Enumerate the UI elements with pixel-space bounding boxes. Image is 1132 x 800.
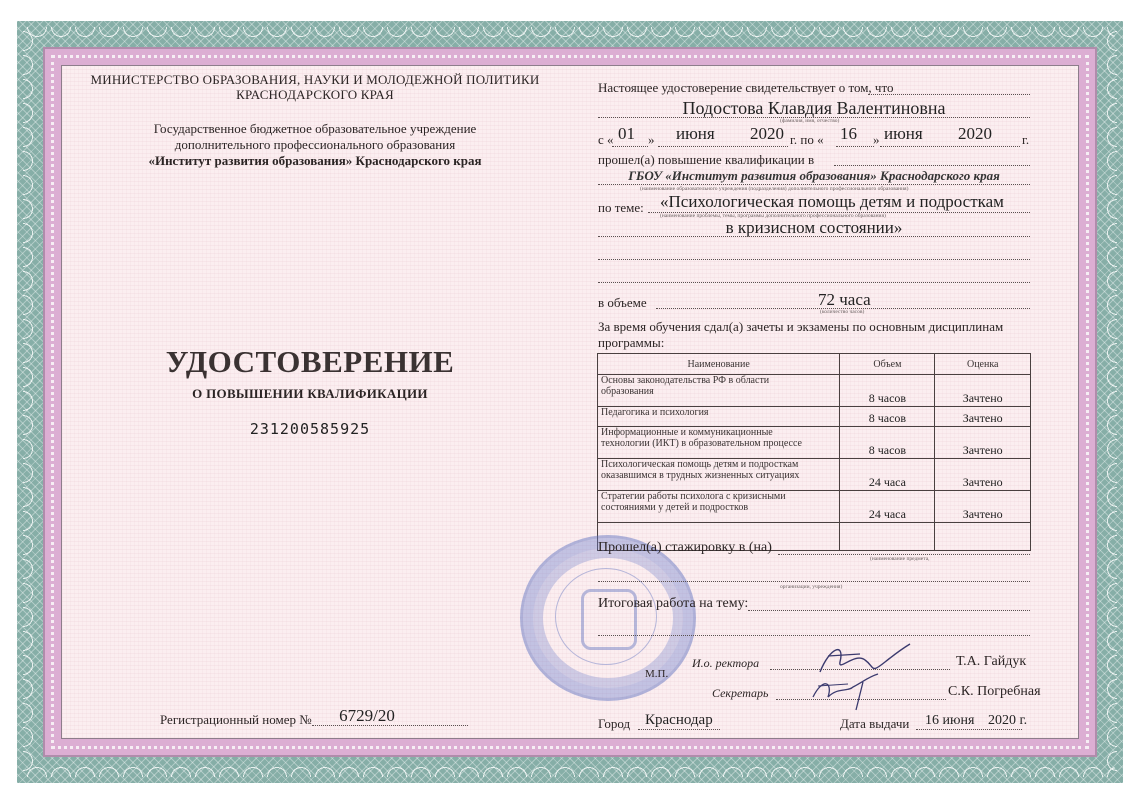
border-scallop-top — [25, 27, 1115, 43]
institution-line-1: Государственное бюджетное образовательно… — [55, 121, 575, 137]
discipline-name-line: Стратегии работы психолога с кризисными — [601, 491, 836, 502]
intro-line — [868, 93, 1030, 95]
ministry-line-1: МИНИСТЕРСТВО ОБРАЗОВАНИЯ, НАУКИ И МОЛОДЕ… — [55, 72, 575, 87]
stamp-inner-ring — [555, 568, 657, 665]
internship-label: Прошел(а) стажировку в (на) — [598, 540, 772, 556]
internship-hint-2: организации, учреждения) — [780, 584, 842, 590]
discipline-grade — [935, 523, 1031, 551]
discipline-name-line: состояниями у детей и подростков — [601, 502, 836, 513]
internship-line-2 — [598, 580, 1030, 582]
volume-label: в объеме — [598, 295, 647, 311]
period-to-day: 16 — [840, 124, 857, 144]
header-volume: Объем — [840, 354, 935, 375]
from-month-line — [658, 145, 788, 147]
period-year-suffix: г. — [1022, 132, 1029, 148]
passed-line — [834, 164, 1030, 166]
period-to-month: июня — [884, 124, 923, 144]
rector-label: И.о. ректора — [692, 656, 759, 671]
discipline-name-line: технологии (ИКТ) в образовательном проце… — [601, 438, 836, 449]
issue-year: 2020 г. — [988, 713, 1027, 729]
final-work-label: Итоговая работа на тему: — [598, 596, 748, 612]
certificate-number: 231200585925 — [140, 420, 480, 438]
discipline-volume — [840, 523, 935, 551]
secretary-signature — [808, 672, 888, 712]
institution-value: ГБОУ «Институт развития образования» Кра… — [598, 168, 1030, 184]
intro-text: Настоящее удостоверение свидетельствует … — [598, 80, 893, 96]
discipline-name-line: Педагогика и психология — [601, 407, 836, 418]
discipline-grade: Зачтено — [935, 407, 1031, 427]
header-grade: Оценка — [935, 354, 1031, 375]
institution-header: Государственное бюджетное образовательно… — [55, 121, 575, 169]
discipline-name: Психологическая помощь детям и подростка… — [598, 459, 840, 491]
exams-text-2: программы: — [598, 335, 664, 351]
registration-label: Регистрационный номер № — [160, 712, 312, 728]
city-label: Город — [598, 716, 630, 732]
discipline-name-line: оказавшимся в трудных жизненных ситуация… — [601, 470, 836, 481]
discipline-volume: 8 часов — [840, 427, 935, 459]
table-row: Информационные и коммуникационныетехноло… — [598, 427, 1031, 459]
volume-hint: (количество часов) — [820, 309, 864, 315]
name-hint: (фамилия, имя, отчество) — [780, 118, 839, 124]
issue-day-month: 16 июня — [925, 713, 974, 729]
table-row: Психологическая помощь детям и подростка… — [598, 459, 1031, 491]
ministry-header: МИНИСТЕРСТВО ОБРАЗОВАНИЯ, НАУКИ И МОЛОДЕ… — [55, 72, 575, 102]
official-stamp — [520, 535, 696, 701]
discipline-volume: 8 часов — [840, 407, 935, 427]
topic-underline-3 — [598, 258, 1030, 260]
passed-label: прошел(а) повышение квалификации в — [598, 152, 814, 168]
period-to-suffix: » — [873, 132, 880, 148]
rector-name: Т.А. Гайдук — [956, 654, 1026, 670]
period-to-prefix: г. по « — [790, 132, 824, 148]
city-value: Краснодар — [645, 712, 713, 729]
period-from-year: 2020 — [750, 124, 784, 144]
period-from-month: июня — [676, 124, 715, 144]
discipline-name: Основы законодательства РФ в областиобра… — [598, 375, 840, 407]
border-scallop-bottom — [25, 761, 1115, 777]
topic-label: по теме: — [598, 200, 644, 216]
discipline-name: Информационные и коммуникационныетехноло… — [598, 427, 840, 459]
period-to-year: 2020 — [958, 124, 992, 144]
to-day-line — [836, 145, 874, 147]
secretary-name: С.К. Погребная — [948, 684, 1041, 700]
discipline-grade: Зачтено — [935, 459, 1031, 491]
ministry-line-2: КРАСНОДАРСКОГО КРАЯ — [55, 87, 575, 102]
discipline-name: Педагогика и психология — [598, 407, 840, 427]
discipline-name-line: Информационные и коммуникационные — [601, 427, 836, 438]
internship-hint-1: (наименование предмета, — [870, 556, 930, 562]
topic-line-1: «Психологическая помощь детям и подростк… — [660, 192, 1004, 212]
discipline-volume: 8 часов — [840, 375, 935, 407]
discipline-name-line: образования — [601, 386, 836, 397]
period-from-day: 01 — [618, 124, 635, 144]
secretary-label: Секретарь — [712, 686, 768, 701]
internship-line-1 — [778, 553, 1030, 555]
topic-underline-4 — [598, 281, 1030, 283]
registration-number: 6729/20 — [312, 706, 422, 726]
institution-line — [598, 183, 1030, 185]
discipline-grade: Зачтено — [935, 427, 1031, 459]
document-subtitle: О ПОВЫШЕНИИ КВАЛИФИКАЦИИ — [140, 386, 480, 402]
institution-line-2: дополнительного профессионального образо… — [55, 137, 575, 153]
final-work-line-1 — [748, 609, 1030, 611]
table-row: Педагогика и психология8 часовЗачтено — [598, 407, 1031, 427]
border-scallop-right — [1101, 29, 1117, 775]
exams-text-1: За время обучения сдал(а) зачеты и экзам… — [598, 319, 1030, 335]
disciplines-table: Наименование Объем Оценка Основы законод… — [597, 353, 1031, 551]
discipline-name-line: Психологическая помощь детям и подростка… — [601, 459, 836, 470]
discipline-name-line: Основы законодательства РФ в области — [601, 375, 836, 386]
topic-underline-2 — [598, 235, 1030, 237]
from-day-line — [612, 145, 648, 147]
stamp-label: М.П. — [645, 668, 668, 680]
document-title: УДОСТОВЕРЕНИЕ — [140, 344, 480, 380]
table-row: Основы законодательства РФ в областиобра… — [598, 375, 1031, 407]
discipline-volume: 24 часа — [840, 459, 935, 491]
discipline-grade: Зачтено — [935, 375, 1031, 407]
header-name: Наименование — [598, 354, 840, 375]
to-month-line — [880, 145, 1020, 147]
institution-line-3: «Институт развития образования» Краснода… — [55, 153, 575, 169]
period-from-suffix: » — [648, 132, 655, 148]
issue-label: Дата выдачи — [840, 716, 909, 732]
final-work-line-2 — [598, 634, 1030, 636]
discipline-name: Стратегии работы психолога с кризиснымис… — [598, 491, 840, 523]
table-row: Стратегии работы психолога с кризиснымис… — [598, 491, 1031, 523]
volume-value: 72 часа — [818, 290, 871, 310]
discipline-grade: Зачтено — [935, 491, 1031, 523]
border-scallop-left — [23, 29, 39, 775]
discipline-volume: 24 часа — [840, 491, 935, 523]
